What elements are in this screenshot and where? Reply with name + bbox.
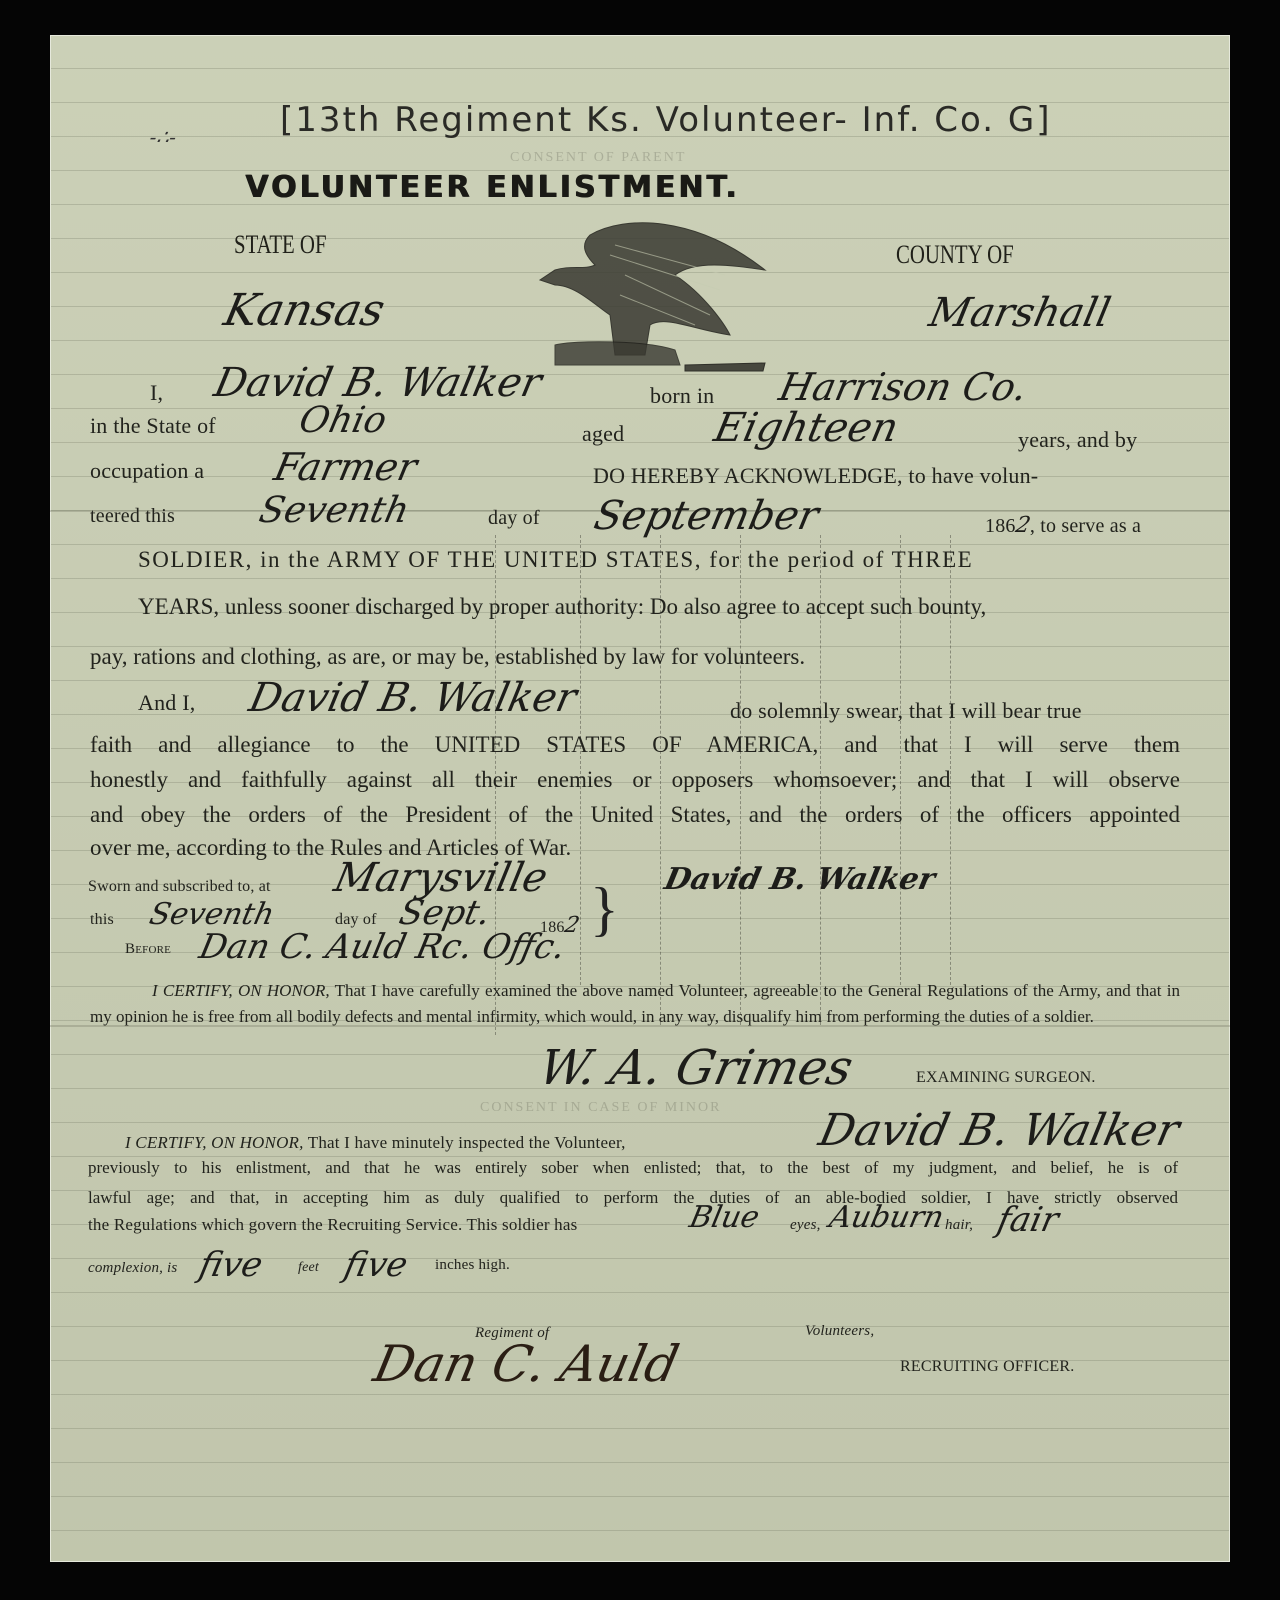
born-in-label: born in	[650, 383, 714, 409]
recruiting-cert-line-1: I CERTIFY, ON HONOR, That I have minutel…	[125, 1133, 626, 1153]
birth-state-value: Ohio	[296, 400, 391, 441]
state-label: STATE OF	[234, 230, 327, 260]
occupation-value: Farmer	[270, 445, 421, 489]
brace: }	[590, 875, 619, 944]
surgeon-title: EXAMINING SURGEON.	[916, 1069, 1096, 1087]
and-i-label: And I,	[138, 690, 195, 716]
regiment-note: [13th Regiment Ks. Volunteer- Inf. Co. G…	[280, 100, 1051, 140]
recruiting-officer-signature: Dan C. Auld	[369, 1335, 684, 1393]
complexion-label: complexion, is	[88, 1260, 177, 1277]
enlistment-line-1: SOLDIER, in the ARMY OF THE UNITED STATE…	[138, 543, 1228, 577]
aged-label: aged	[582, 421, 624, 447]
height-feet-value: five	[196, 1245, 267, 1285]
oath-line-2: honestly and faithfully against all thei…	[90, 763, 1180, 797]
inspected-volunteer-signature: David B. Walker	[815, 1105, 1184, 1156]
document-title: VOLUNTEER ENLISTMENT.	[245, 170, 739, 205]
sworn-at-label: Sworn and subscribed to, at	[88, 878, 271, 896]
oath-name: David B. Walker	[245, 675, 581, 721]
recruiting-cert-line-2: previously to his enlistment, and that h…	[88, 1155, 1178, 1181]
oath-line-4: over me, according to the Rules and Arti…	[90, 831, 1180, 865]
enlistment-line-2: YEARS, unless sooner discharged by prope…	[138, 590, 1228, 624]
hair-label: hair,	[945, 1217, 973, 1234]
state-value: Kansas	[220, 285, 390, 336]
bleed-through-text: CONSENT OF PARENT	[510, 150, 686, 166]
volunteered-label: teered this	[90, 505, 175, 528]
enlistment-document: -∴- [13th Regiment Ks. Volunteer- Inf. C…	[50, 35, 1230, 1562]
this-label: this	[90, 911, 114, 929]
enlist-year: 1862, to serve as a	[985, 513, 1141, 538]
birthplace-value: Harrison Co.	[775, 365, 1031, 409]
occupation-label: occupation a	[90, 458, 204, 484]
age-value: Eighteen	[710, 405, 902, 451]
day-of-label: day of	[488, 507, 540, 530]
height-inches-value: five	[341, 1245, 412, 1285]
oath-swear-text: do solemnly swear, that I will bear true	[730, 698, 1082, 724]
acknowledge-text: DO HEREBY ACKNOWLEDGE, to have volun-	[593, 463, 1038, 489]
state-of-label: in the State of	[90, 413, 216, 439]
oath-line-1: faith and allegiance to the UNITED STATE…	[90, 728, 1180, 762]
recruiting-cert-line-4: the Regulations which govern the Recruit…	[88, 1215, 577, 1235]
enlistment-line-3: pay, rations and clothing, as are, or ma…	[90, 640, 1180, 674]
county-value: Marshall	[925, 290, 1114, 336]
enlist-month-value: September	[590, 493, 823, 539]
hair-value: Auburn	[826, 1200, 947, 1235]
county-label: COUNTY OF	[896, 240, 1014, 270]
corner-mark: -∴-	[147, 125, 178, 149]
inches-label: inches high.	[435, 1257, 510, 1274]
sworn-before-officer: Dan C. Auld Rc. Offc.	[196, 927, 569, 967]
feet-label: feet	[298, 1260, 319, 1276]
enlist-day-value: Seventh	[256, 490, 413, 531]
volunteers-label: Volunteers,	[805, 1323, 874, 1340]
surgeon-signature: W. A. Grimes	[534, 1040, 858, 1096]
recruiting-officer-title: RECRUITING OFFICER.	[900, 1358, 1074, 1376]
eyes-label: eyes,	[790, 1217, 821, 1234]
before-label: Before	[125, 941, 171, 958]
i-label: I,	[150, 380, 163, 406]
oath-signature: David B. Walker	[661, 862, 938, 897]
years-label: years, and by	[1018, 427, 1137, 453]
complexion-value: fair	[994, 1200, 1062, 1240]
oath-line-3: and obey the orders of the President of …	[90, 798, 1180, 832]
eyes-value: Blue	[686, 1200, 762, 1235]
bleed-through-text: CONSENT IN CASE OF MINOR	[480, 1100, 721, 1116]
surgeon-certification: I CERTIFY, ON HONOR, That I have careful…	[90, 978, 1180, 1030]
